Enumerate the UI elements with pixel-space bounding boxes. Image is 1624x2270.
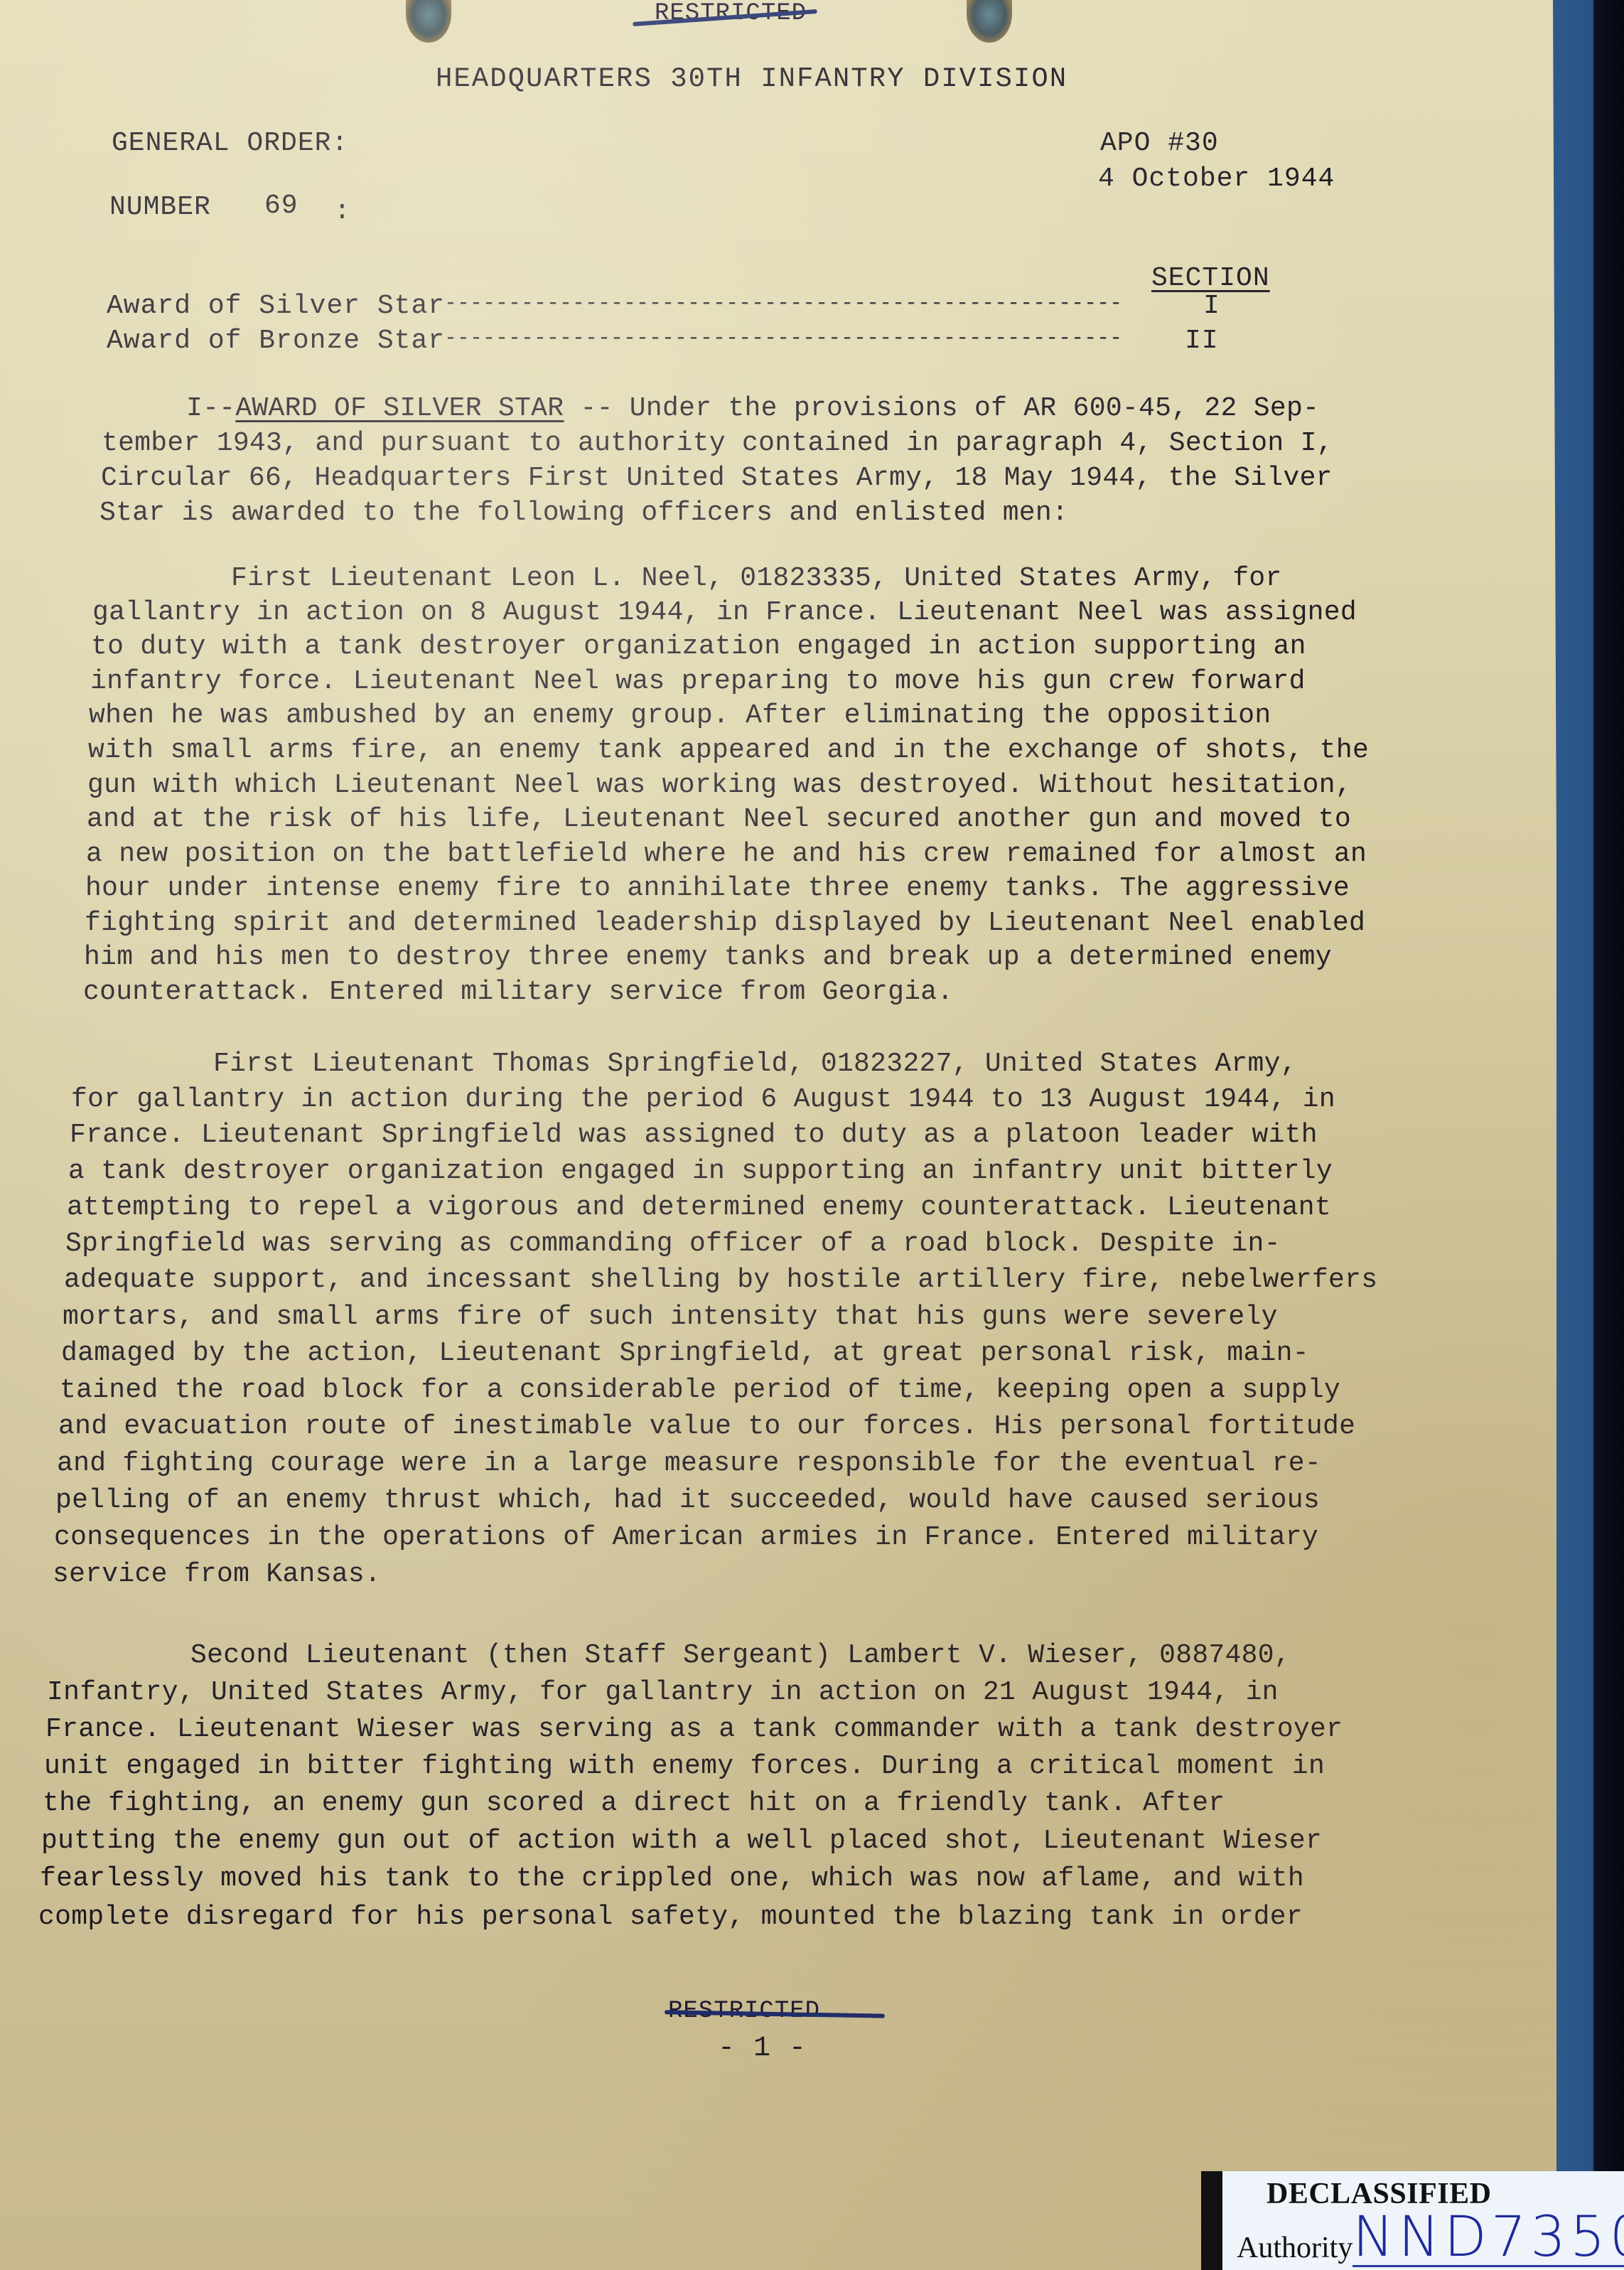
section-column-header: SECTION — [1151, 265, 1270, 292]
section-heading: AWARD OF SILVER STAR — [235, 393, 564, 424]
apo-number: APO #30 — [1100, 130, 1219, 157]
citation-line: attempting to repel a vigorous and deter… — [67, 1194, 1331, 1221]
citation-line: with small arms fire, an enemy tank appe… — [88, 737, 1369, 764]
citation-line: putting the enemy gun out of action with… — [41, 1828, 1322, 1855]
citation-line: hour under intense enemy fire to annihil… — [85, 875, 1350, 902]
headquarters-title: HEADQUARTERS 30TH INFANTRY DIVISION — [436, 65, 1068, 93]
citation-line: First Lieutenant Thomas Springfield, 018… — [213, 1051, 1297, 1078]
contents-item-silver-star: Award of Silver Star — [107, 293, 445, 320]
citation-line: Second Lieutenant (then Staff Sergeant) … — [190, 1642, 1291, 1669]
citation-line: fearlessly moved his tank to the cripple… — [40, 1865, 1304, 1892]
contents-leader: ----------------------------------------… — [444, 293, 1122, 314]
citation-line: unit engaged in bitter fighting with ene… — [44, 1753, 1325, 1780]
citation-line: service from Kansas. — [53, 1561, 381, 1588]
citation-line: gun with which Lieutenant Neel was worki… — [87, 772, 1352, 799]
citation-line: a tank destroyer organization engaged in… — [68, 1158, 1333, 1185]
punch-hole-right — [967, 0, 1012, 43]
section-prefix: I-- — [186, 393, 235, 424]
citation-line: him and his men to destroy three enemy t… — [84, 944, 1332, 971]
citation-line: gallantry in action on 8 August 1944, in… — [92, 599, 1357, 626]
citation-line: Infantry, United States Army, for gallan… — [47, 1679, 1279, 1706]
citation-line: the fighting, an enemy gun scored a dire… — [43, 1790, 1225, 1817]
contents-leader: ----------------------------------------… — [444, 328, 1122, 349]
punch-hole-left — [406, 0, 451, 43]
citation-line: infantry force. Lieutenant Neel was prep… — [90, 668, 1306, 695]
citation-line: and fighting courage were in a large mea… — [57, 1450, 1321, 1477]
section-intro-text: -- Under the provisions of AR 600-45, 22… — [564, 393, 1319, 424]
citation-line: when he was ambushed by an enemy group. … — [89, 702, 1271, 729]
citation-line: a new position on the battlefield where … — [86, 841, 1367, 868]
declassification-stamp: DECLASSIFIED Authority NND735017 — [1201, 2171, 1624, 2270]
contents-section-ii: II — [1185, 328, 1219, 355]
citation-line: and at the risk of his life, Lieutenant … — [87, 806, 1351, 833]
number-value: 69 — [264, 193, 299, 220]
citation-line: Springfield was serving as commanding of… — [65, 1231, 1281, 1258]
document-page: RESTRICTED HEADQUARTERS 30TH INFANTRY DI… — [0, 0, 1556, 2270]
contents-section-i: I — [1203, 293, 1220, 320]
section-one-first-line: I--AWARD OF SILVER STAR -- Under the pro… — [186, 395, 1319, 422]
citation-line: damaged by the action, Lieutenant Spring… — [61, 1340, 1309, 1367]
number-suffix: : — [334, 198, 351, 225]
citation-line: to duty with a tank destroyer organizati… — [91, 633, 1306, 660]
citation-line: counterattack. Entered military service … — [83, 979, 954, 1006]
number-label: NUMBER — [109, 194, 211, 221]
contents-item-bronze-star: Award of Bronze Star — [107, 328, 445, 355]
background-binder-edge — [1546, 0, 1624, 2270]
section-intro-line: tember 1943, and pursuant to authority c… — [102, 430, 1333, 457]
citation-line: and evacuation route of inestimable valu… — [58, 1413, 1355, 1440]
citation-line: mortars, and small arms fire of such int… — [63, 1304, 1278, 1331]
citation-line: France. Lieutenant Springfield was assig… — [70, 1122, 1318, 1149]
authority-label: Authority — [1237, 2231, 1353, 2265]
citation-line: tained the road block for a considerable… — [60, 1377, 1340, 1404]
citation-line: First Lieutenant Leon L. Neel, 01823335,… — [231, 565, 1282, 592]
citation-line: fighting spirit and determined leadershi… — [85, 910, 1365, 937]
citation-line: pelling of an enemy thrust which, had it… — [55, 1487, 1320, 1514]
general-order-label: GENERAL ORDER: — [112, 130, 348, 157]
section-intro-line: Circular 66, Headquarters First United S… — [101, 465, 1333, 492]
citation-line: France. Lieutenant Wieser was serving as… — [45, 1716, 1343, 1743]
citation-line: adequate support, and incessant shelling… — [64, 1267, 1377, 1294]
citation-line: consequences in the operations of Americ… — [54, 1524, 1318, 1551]
authority-value: NND735017 — [1353, 2210, 1624, 2267]
citation-line: for gallantry in action during the perio… — [71, 1086, 1335, 1113]
section-intro-line: Star is awarded to the following officer… — [100, 500, 1068, 527]
citation-line: complete disregard for his personal safe… — [38, 1904, 1303, 1931]
page-number: - 1 - — [718, 2035, 807, 2063]
order-date: 4 October 1944 — [1098, 166, 1335, 193]
